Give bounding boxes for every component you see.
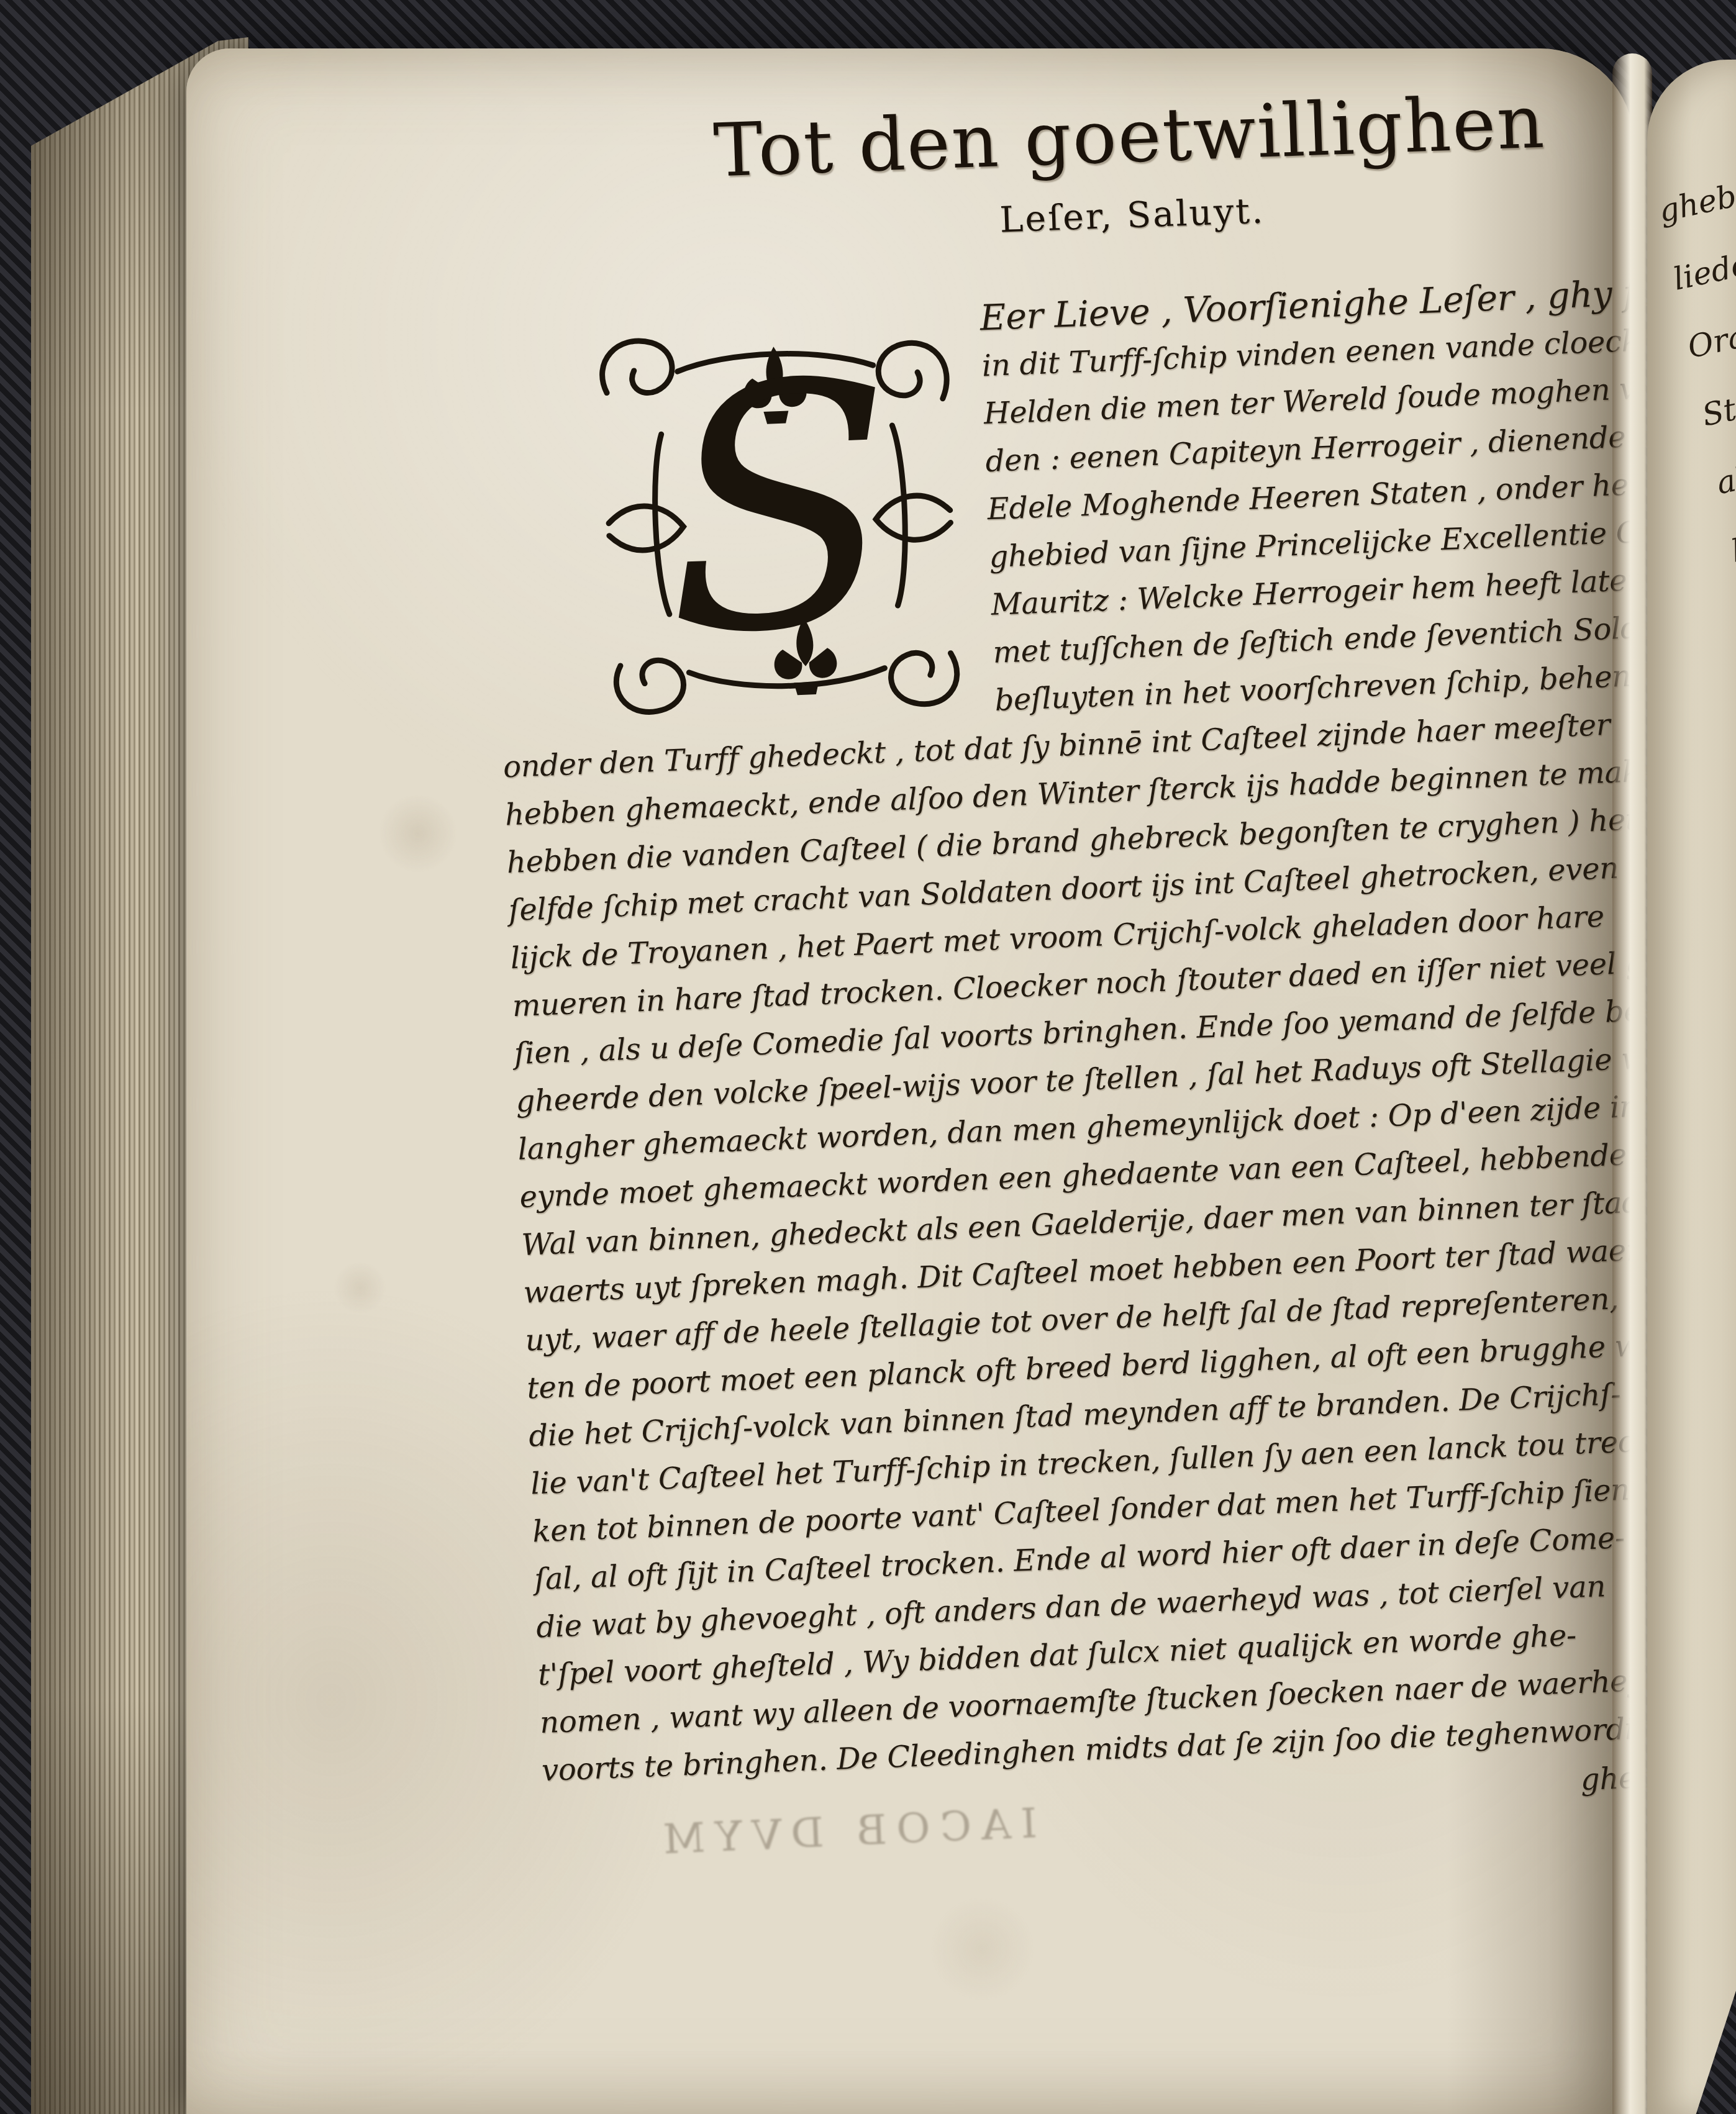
book-photo: { "colors": { "paper": "#e3dccb", "ink":… <box>0 0 1736 2114</box>
ornament-svg: S <box>582 305 978 732</box>
full-width-lines: onder den Turff ghedeckt , tot dat ſy bi… <box>502 697 1736 1795</box>
facing-page: ghebruy lieden a Oraeng Stad op al rood … <box>1647 60 1736 2114</box>
page-fold-highlight <box>1612 53 1652 2114</box>
facing-page-text: ghebruy lieden a Oraeng Stad op al rood … <box>1652 150 1736 722</box>
drop-cap-letter: S <box>658 311 902 709</box>
drop-cap-ornament: S <box>582 305 978 732</box>
facing-text-line: ghebruy <box>1652 150 1736 245</box>
body-text: S Eer Lieve , Voorſienighe Leſer , ghy ſ… <box>486 267 1736 1844</box>
